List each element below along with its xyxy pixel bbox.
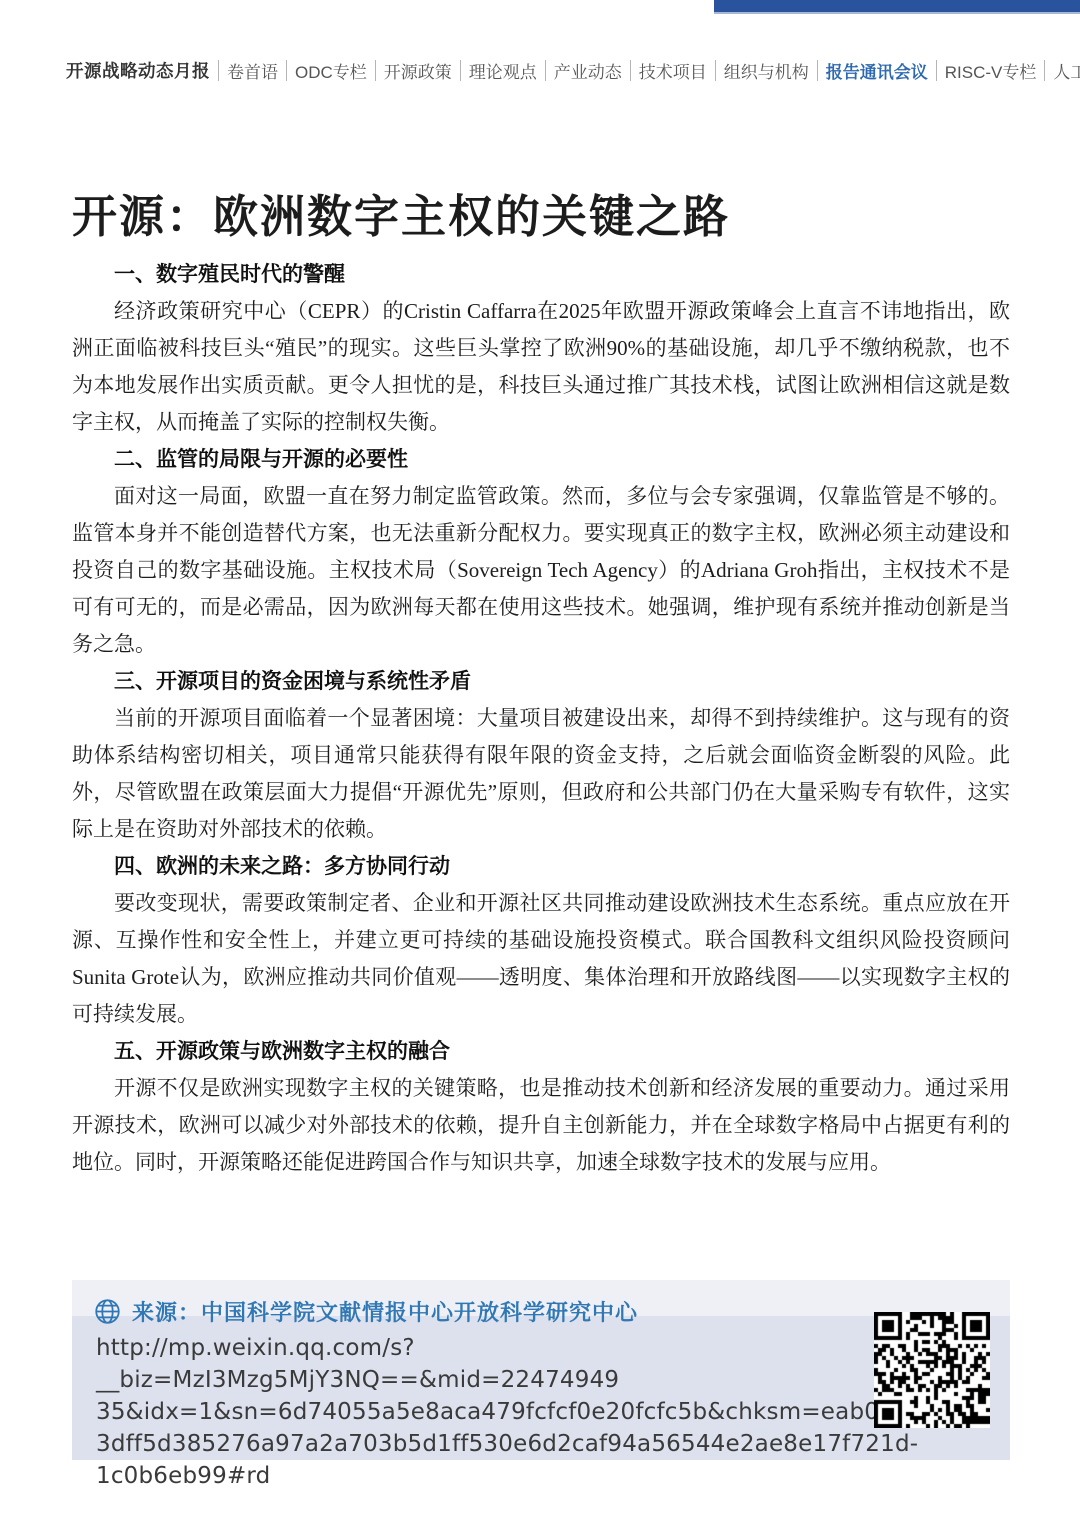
section-heading: 三、开源项目的资金困境与系统性矛盾 bbox=[72, 663, 1010, 700]
section-heading: 五、开源政策与欧洲数字主权的融合 bbox=[72, 1033, 1010, 1070]
nav-divider bbox=[545, 60, 546, 81]
source-url-line: 35&idx=1&sn=6d74055a5e8aca479fcfcf0e20fc… bbox=[96, 1396, 866, 1428]
section-paragraph: 面对这一局面，欧盟一直在努力制定监管政策。然而，多位与会专家强调，仅靠监管是不够… bbox=[72, 478, 1010, 663]
nav-divider bbox=[936, 60, 937, 81]
top-accent-bar bbox=[714, 0, 1080, 14]
page: { "colors": { "top_bar": "#2a539e", "nav… bbox=[0, 0, 1080, 1528]
qr-code bbox=[874, 1312, 990, 1428]
section-heading: 一、数字殖民时代的警醒 bbox=[72, 256, 1010, 293]
nav-divider bbox=[1044, 60, 1045, 81]
article-section: 四、欧洲的未来之路：多方协同行动 要改变现状，需要政策制定者、企业和开源社区共同… bbox=[72, 848, 1010, 1033]
section-paragraph: 开源不仅是欧洲实现数字主权的关键策略，也是推动技术创新和经济发展的重要动力。通过… bbox=[72, 1070, 1010, 1181]
nav-item[interactable]: 开源政策 bbox=[384, 58, 452, 83]
article-section: 一、数字殖民时代的警醒 经济政策研究中心（CEPR）的Cristin Caffa… bbox=[72, 256, 1010, 441]
article-section: 二、监管的局限与开源的必要性 面对这一局面，欧盟一直在努力制定监管政策。然而，多… bbox=[72, 441, 1010, 663]
globe-icon bbox=[94, 1298, 121, 1325]
page-title: 开源：欧洲数字主权的关键之路 bbox=[72, 180, 1012, 245]
source-url-line: 1c0b6eb99#rd bbox=[96, 1460, 866, 1492]
source-label: 来源：中国科学院文献情报中心开放科学研究中心 bbox=[132, 1296, 638, 1327]
nav-divider bbox=[460, 60, 461, 81]
nav-divider bbox=[817, 60, 818, 81]
nav-item[interactable]: 人工智能 bbox=[1053, 58, 1080, 83]
nav-divider bbox=[715, 60, 716, 81]
nav-item[interactable]: 产业动态 bbox=[554, 58, 622, 83]
nav-item[interactable]: 组织与机构 bbox=[724, 58, 809, 83]
header-nav: 开源战略动态月报 卷首语 ODC专栏 开源政策 理论观点 产业动态 技术项目 组… bbox=[66, 54, 1056, 86]
source-box: 来源：中国科学院文献情报中心开放科学研究中心 http://mp.weixin.… bbox=[72, 1280, 1010, 1460]
section-paragraph: 经济政策研究中心（CEPR）的Cristin Caffarra在2025年欧盟开… bbox=[72, 293, 1010, 441]
source-header: 来源：中国科学院文献情报中心开放科学研究中心 bbox=[94, 1296, 638, 1327]
nav-item[interactable]: 卷首语 bbox=[227, 58, 278, 83]
nav-divider bbox=[286, 60, 287, 81]
nav-item[interactable]: 报告通讯会议 bbox=[826, 58, 928, 83]
nav-item[interactable]: 技术项目 bbox=[639, 58, 707, 83]
section-paragraph: 当前的开源项目面临着一个显著困境：大量项目被建设出来，却得不到持续维护。这与现有… bbox=[72, 700, 1010, 848]
nav-divider bbox=[375, 60, 376, 81]
brand-title: 开源战略动态月报 bbox=[66, 58, 210, 83]
source-url-line: http://mp.weixin.qq.com/s?__biz=MzI3Mzg5… bbox=[96, 1332, 866, 1396]
nav-item[interactable]: RISC-V专栏 bbox=[945, 58, 1037, 83]
section-heading: 四、欧洲的未来之路：多方协同行动 bbox=[72, 848, 1010, 885]
source-url[interactable]: http://mp.weixin.qq.com/s?__biz=MzI3Mzg5… bbox=[96, 1332, 866, 1492]
nav-item[interactable]: ODC专栏 bbox=[295, 58, 367, 83]
article-section: 五、开源政策与欧洲数字主权的融合 开源不仅是欧洲实现数字主权的关键策略，也是推动… bbox=[72, 1033, 1010, 1181]
source-url-line: 3dff5d385276a97a2a703b5d1ff530e6d2caf94a… bbox=[96, 1428, 866, 1460]
article-body: 一、数字殖民时代的警醒 经济政策研究中心（CEPR）的Cristin Caffa… bbox=[72, 256, 1010, 1181]
nav-item[interactable]: 理论观点 bbox=[469, 58, 537, 83]
nav-divider bbox=[630, 60, 631, 81]
article-section: 三、开源项目的资金困境与系统性矛盾 当前的开源项目面临着一个显著困境：大量项目被… bbox=[72, 663, 1010, 848]
nav-divider bbox=[218, 60, 219, 81]
section-heading: 二、监管的局限与开源的必要性 bbox=[72, 441, 1010, 478]
section-paragraph: 要改变现状，需要政策制定者、企业和开源社区共同推动建设欧洲技术生态系统。重点应放… bbox=[72, 885, 1010, 1033]
